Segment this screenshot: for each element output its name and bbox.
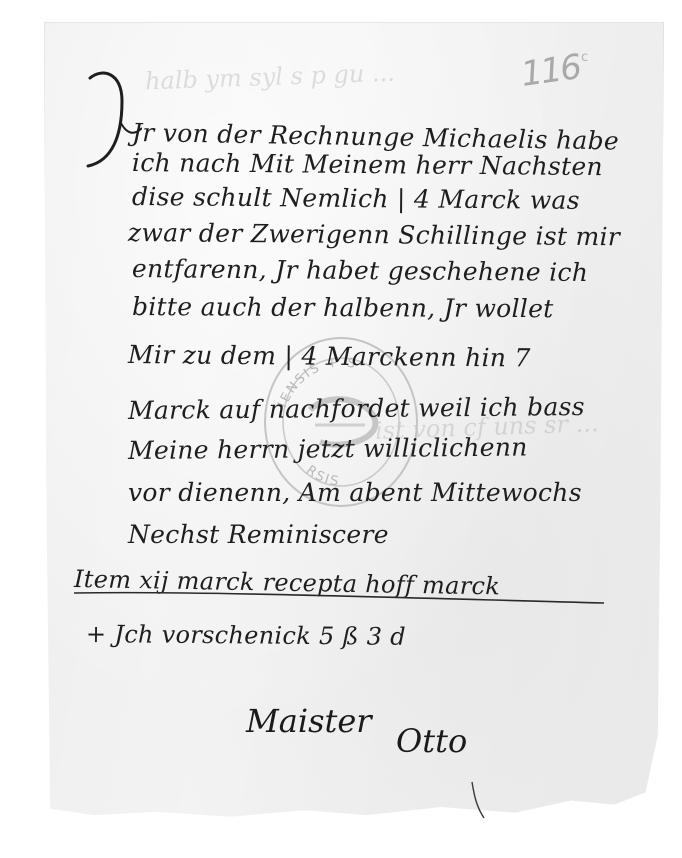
manuscript-line: Mir zu dem | 4 Marckenn hin 7 xyxy=(128,340,531,373)
manuscript-line: ich nach Mit Meinem herr Nachsten xyxy=(132,148,603,181)
manuscript-line: vor dienenn, Am abent Mittewochs xyxy=(128,478,582,507)
manuscript-line: zwar der Zwerigenn Schillinge ist mir xyxy=(128,218,620,251)
manuscript-line: dise schult Nemlich | 4 Marck was xyxy=(132,182,580,215)
manuscript-line: bitte auch der halbenn, Jr wollet xyxy=(132,292,554,323)
folio-suffix: c xyxy=(581,53,588,63)
signature-second: Otto xyxy=(396,722,467,760)
strikethrough-mark-icon xyxy=(74,585,614,605)
manuscript-line: entfarenn, Jr habet geschehene ich xyxy=(132,254,588,287)
postscript-line: + Jch vorschenick 5 ß 3 d xyxy=(86,620,406,651)
pen-stroke-icon xyxy=(468,780,488,820)
manuscript-line: Marck auf nachfordet weil ich bass xyxy=(128,392,585,425)
manuscript-line: Nechst Reminiscere xyxy=(128,520,389,549)
manuscript-line: Meine herrn jetzt williclichenn xyxy=(128,433,528,465)
signature-first: Maister xyxy=(246,702,372,740)
folio-number: 116 xyxy=(519,47,583,95)
show-through-text: halb ym syl s p gu ... xyxy=(145,59,396,96)
